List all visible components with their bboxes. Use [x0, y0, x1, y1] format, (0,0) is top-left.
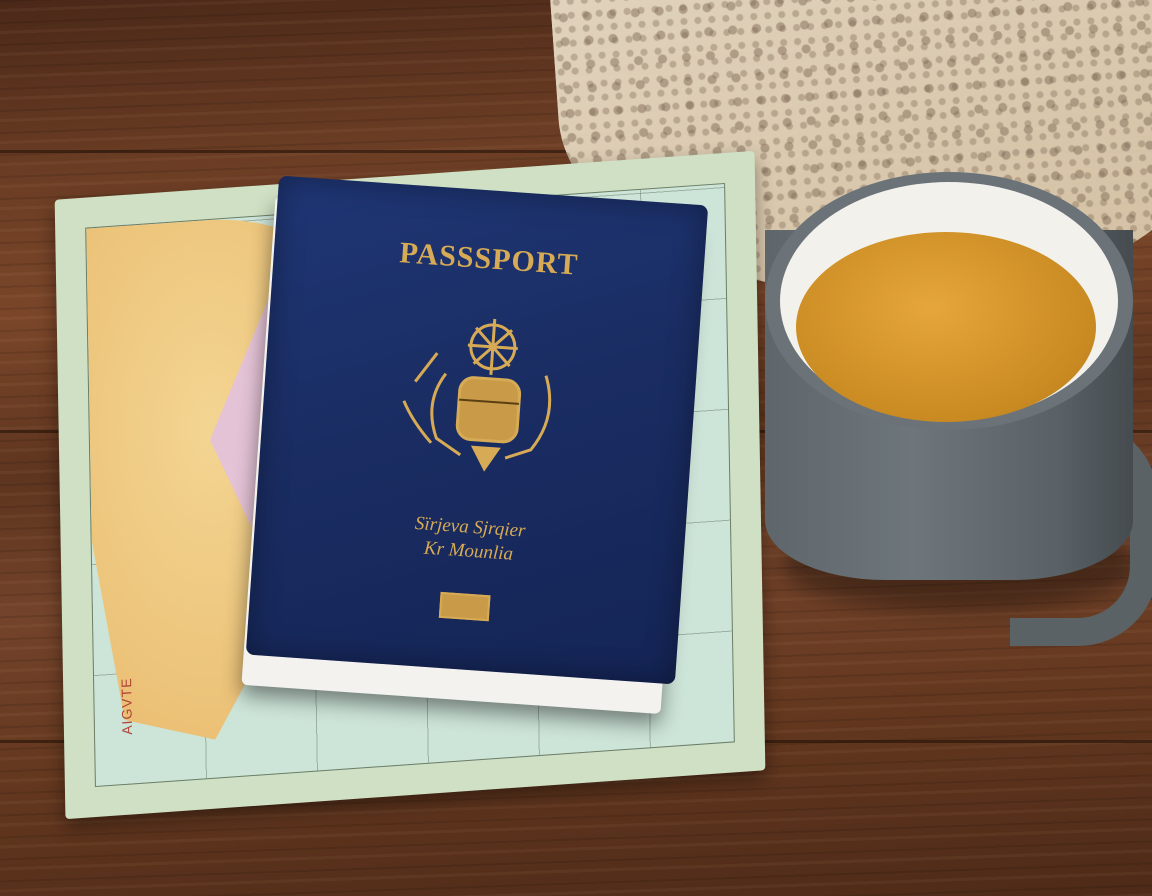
map-corner-label: AIGVTE — [118, 677, 135, 735]
holder-name: Sïrjeva Sjrqier Kr Mounlia — [253, 501, 685, 579]
tea-liquid — [796, 232, 1096, 422]
passport-cover: PASSSPORT Sïrjeva Sjrqier Kr Mounlia — [246, 176, 708, 685]
biometric-chip-icon — [439, 592, 491, 621]
passport-title: PASSSPORT — [273, 227, 704, 291]
coat-of-arms-icon — [379, 310, 580, 483]
